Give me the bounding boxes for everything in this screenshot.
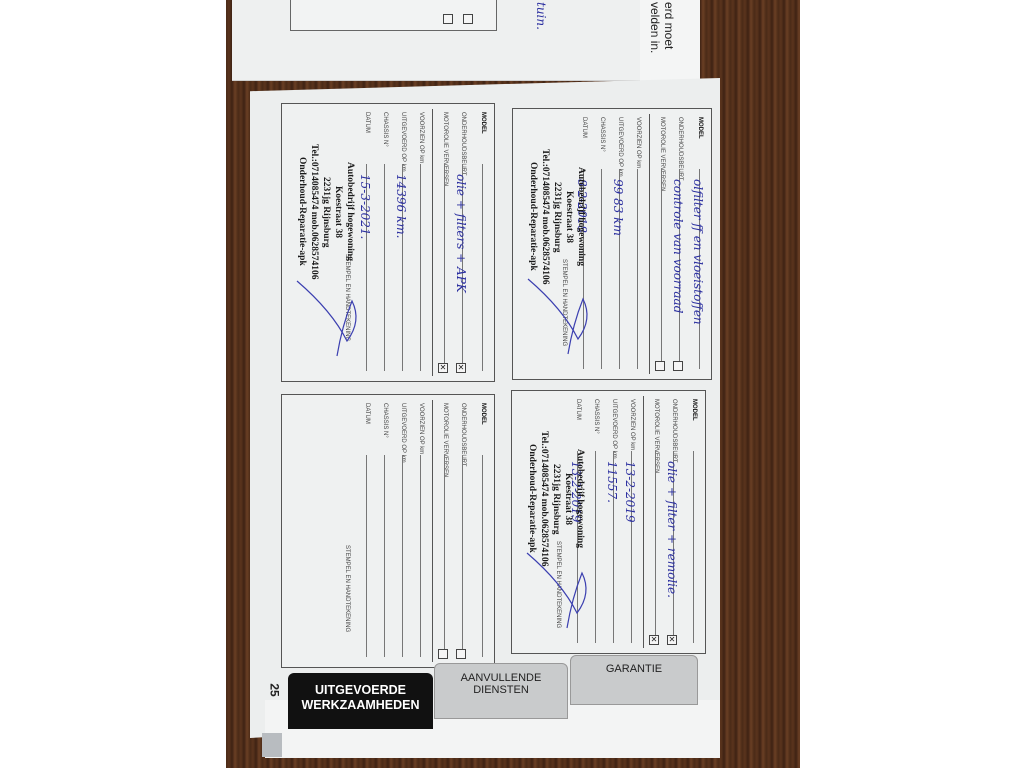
field-label-oil: MOTOROLIE VERVERSEN <box>653 399 659 473</box>
field-label-oil: MOTOROLIE VERVERSEN <box>442 403 448 477</box>
checkbox <box>443 14 453 24</box>
background-left <box>0 0 226 768</box>
handwritten-service: olie + filter + remolie. <box>665 461 679 598</box>
tab-uitgevoerde-werkzaamheden[interactable]: UITGEVOERDE WERKZAAMHEDEN <box>288 673 433 729</box>
stamp-line: Autobedrijf hogewoning <box>575 149 587 285</box>
field-label-service: ONDERHOUDSBEURT <box>671 399 677 463</box>
field-label-provided-km: VOORZIEN OP km <box>635 117 641 168</box>
garage-stamp: Autobedrijf hogewoningKoestraat 382231jg… <box>527 149 587 285</box>
field-line <box>384 455 385 657</box>
field-line <box>637 169 638 369</box>
field-label-chassis: CHASSIS N° <box>593 399 599 434</box>
background-right <box>800 0 1024 768</box>
text-line: erd moet <box>662 2 676 53</box>
field-line <box>661 169 662 369</box>
previous-page-form-box: tuin. <box>290 0 497 31</box>
field-line <box>482 164 483 371</box>
handwritten-model: olfilter ff en vloeistoffen <box>691 179 705 325</box>
service-record-card: MODELONDERHOUDSBEURTMOTOROLIE VERVERSENV… <box>281 394 495 668</box>
tab-label: DIENSTEN <box>435 684 567 696</box>
field-line <box>384 164 385 371</box>
section-divider <box>432 400 433 662</box>
oil-checkbox[interactable] <box>438 649 448 659</box>
field-label-service: ONDERHOUDSBEURT <box>460 112 466 176</box>
service-record-card: MODELONDERHOUDSBEURTolie + filters + APK… <box>281 103 495 382</box>
section-divider <box>432 109 433 376</box>
field-label-provided-km: VOORZIEN OP km <box>418 112 424 163</box>
field-line <box>366 455 367 657</box>
service-checkbox[interactable]: ✕ <box>456 363 466 373</box>
field-label-provided-km: VOORZIEN OP km <box>629 399 635 450</box>
handwritten-date: 15-3-2021. <box>358 174 372 239</box>
field-label-date: DATUM <box>575 399 581 420</box>
handwriting: tuin. <box>534 2 548 30</box>
field-label-service: ONDERHOUDSBEURT <box>677 117 683 181</box>
field-label-performed-km: UITGEVOERD OP km <box>617 117 623 177</box>
field-label-date: DATUM <box>581 117 587 138</box>
field-label-chassis: CHASSIS N° <box>382 112 388 147</box>
stamp-line: Koestraat 38 <box>332 144 344 280</box>
tab-aanvullende-diensten[interactable]: AANVULLENDE DIENSTEN <box>434 663 568 719</box>
handwritten-performed-km: 99 83 km <box>611 179 625 236</box>
handwritten-performed-km: 14396 km. <box>394 174 408 238</box>
field-line <box>444 164 445 371</box>
tab-garantie[interactable]: GARANTIE <box>570 655 698 705</box>
service-checkbox[interactable] <box>456 649 466 659</box>
stamp-line: 2231jg Rijnsburg <box>551 149 563 285</box>
oil-checkbox[interactable] <box>655 361 665 371</box>
field-label-oil: MOTOROLIE VERVERSEN <box>442 112 448 186</box>
stamp-line: Onderhoud-Reparatie-apk <box>527 149 539 285</box>
service-checkbox[interactable]: ✕ <box>667 635 677 645</box>
field-label-model: MODEL <box>691 399 697 421</box>
field-label-performed-km: UITGEVOERD OP km <box>611 399 617 459</box>
stamp-line: Onderhoud-Reparatie-apk <box>296 144 308 280</box>
oil-checkbox[interactable]: ✕ <box>438 363 448 373</box>
field-label-model: MODEL <box>697 117 703 139</box>
field-label-model: MODEL <box>480 112 486 134</box>
field-line <box>462 455 463 657</box>
text-line: velden in. <box>648 2 662 53</box>
field-label-chassis: CHASSIS N° <box>599 117 605 152</box>
page-number: 25 <box>268 683 282 696</box>
service-checkbox[interactable] <box>673 361 683 371</box>
field-line <box>420 455 421 657</box>
tab-label: GARANTIE <box>571 663 697 675</box>
field-label-date: DATUM <box>364 403 370 424</box>
field-label-chassis: CHASSIS N° <box>382 403 388 438</box>
section-divider <box>643 396 644 648</box>
field-line <box>482 455 483 657</box>
handwritten-performed-km: 11557. <box>605 461 619 503</box>
handwritten-service: olie + filters + APK <box>454 174 468 293</box>
section-divider <box>649 114 650 374</box>
field-line <box>655 451 656 643</box>
stamp-line: Autobedrijf hogewoning <box>344 144 356 280</box>
checkbox <box>463 14 473 24</box>
tab-label: UITGEVOERDE <box>288 683 433 698</box>
field-line <box>444 455 445 657</box>
previous-page-text: erd moet velden in. <box>648 2 676 53</box>
field-line <box>420 164 421 371</box>
stamp-line: 2231jg Rijnsburg <box>320 144 332 280</box>
field-label-oil: MOTOROLIE VERVERSEN <box>659 117 665 191</box>
oil-checkbox[interactable]: ✕ <box>649 635 659 645</box>
handwritten-service: controle van voorraad <box>671 179 685 313</box>
service-record-card: MODELONDERHOUDSBEURTolie + filter + remo… <box>511 390 706 654</box>
field-label-model: MODEL <box>480 403 486 425</box>
field-label-performed-km: UITGEVOERD OP km <box>400 112 406 172</box>
stamp-line: Tel.:0714085474 mob.0628574106 <box>308 144 320 280</box>
field-label-service: ONDERHOUDSBEURT <box>460 403 466 467</box>
tab-label: WERKZAAMHEDEN <box>288 698 433 713</box>
field-label-provided-km: VOORZIEN OP km <box>418 403 424 454</box>
field-line <box>693 451 694 643</box>
field-label-date: DATUM <box>364 112 370 133</box>
signature <box>522 543 602 633</box>
tab-label: AANVULLENDE <box>435 672 567 684</box>
handwritten-provided-km: 13-2-2019 <box>623 461 637 523</box>
service-record-card: MODELolfilter ff en vloeistoffenONDERHOU… <box>512 108 712 380</box>
page-edge-grey <box>262 733 282 757</box>
field-label-performed-km: UITGEVOERD OP km <box>400 403 406 463</box>
signature <box>523 269 603 359</box>
signature <box>292 271 372 361</box>
stamp-line: Tel.:0714085474 mob.0628574106 <box>539 149 551 285</box>
stamp-line: Koestraat 38 <box>563 149 575 285</box>
garage-stamp: Autobedrijf hogewoningKoestraat 382231jg… <box>296 144 356 280</box>
stamp-signature-label: STEMPEL EN HANDTEKENING <box>344 545 350 632</box>
field-line <box>402 455 403 657</box>
